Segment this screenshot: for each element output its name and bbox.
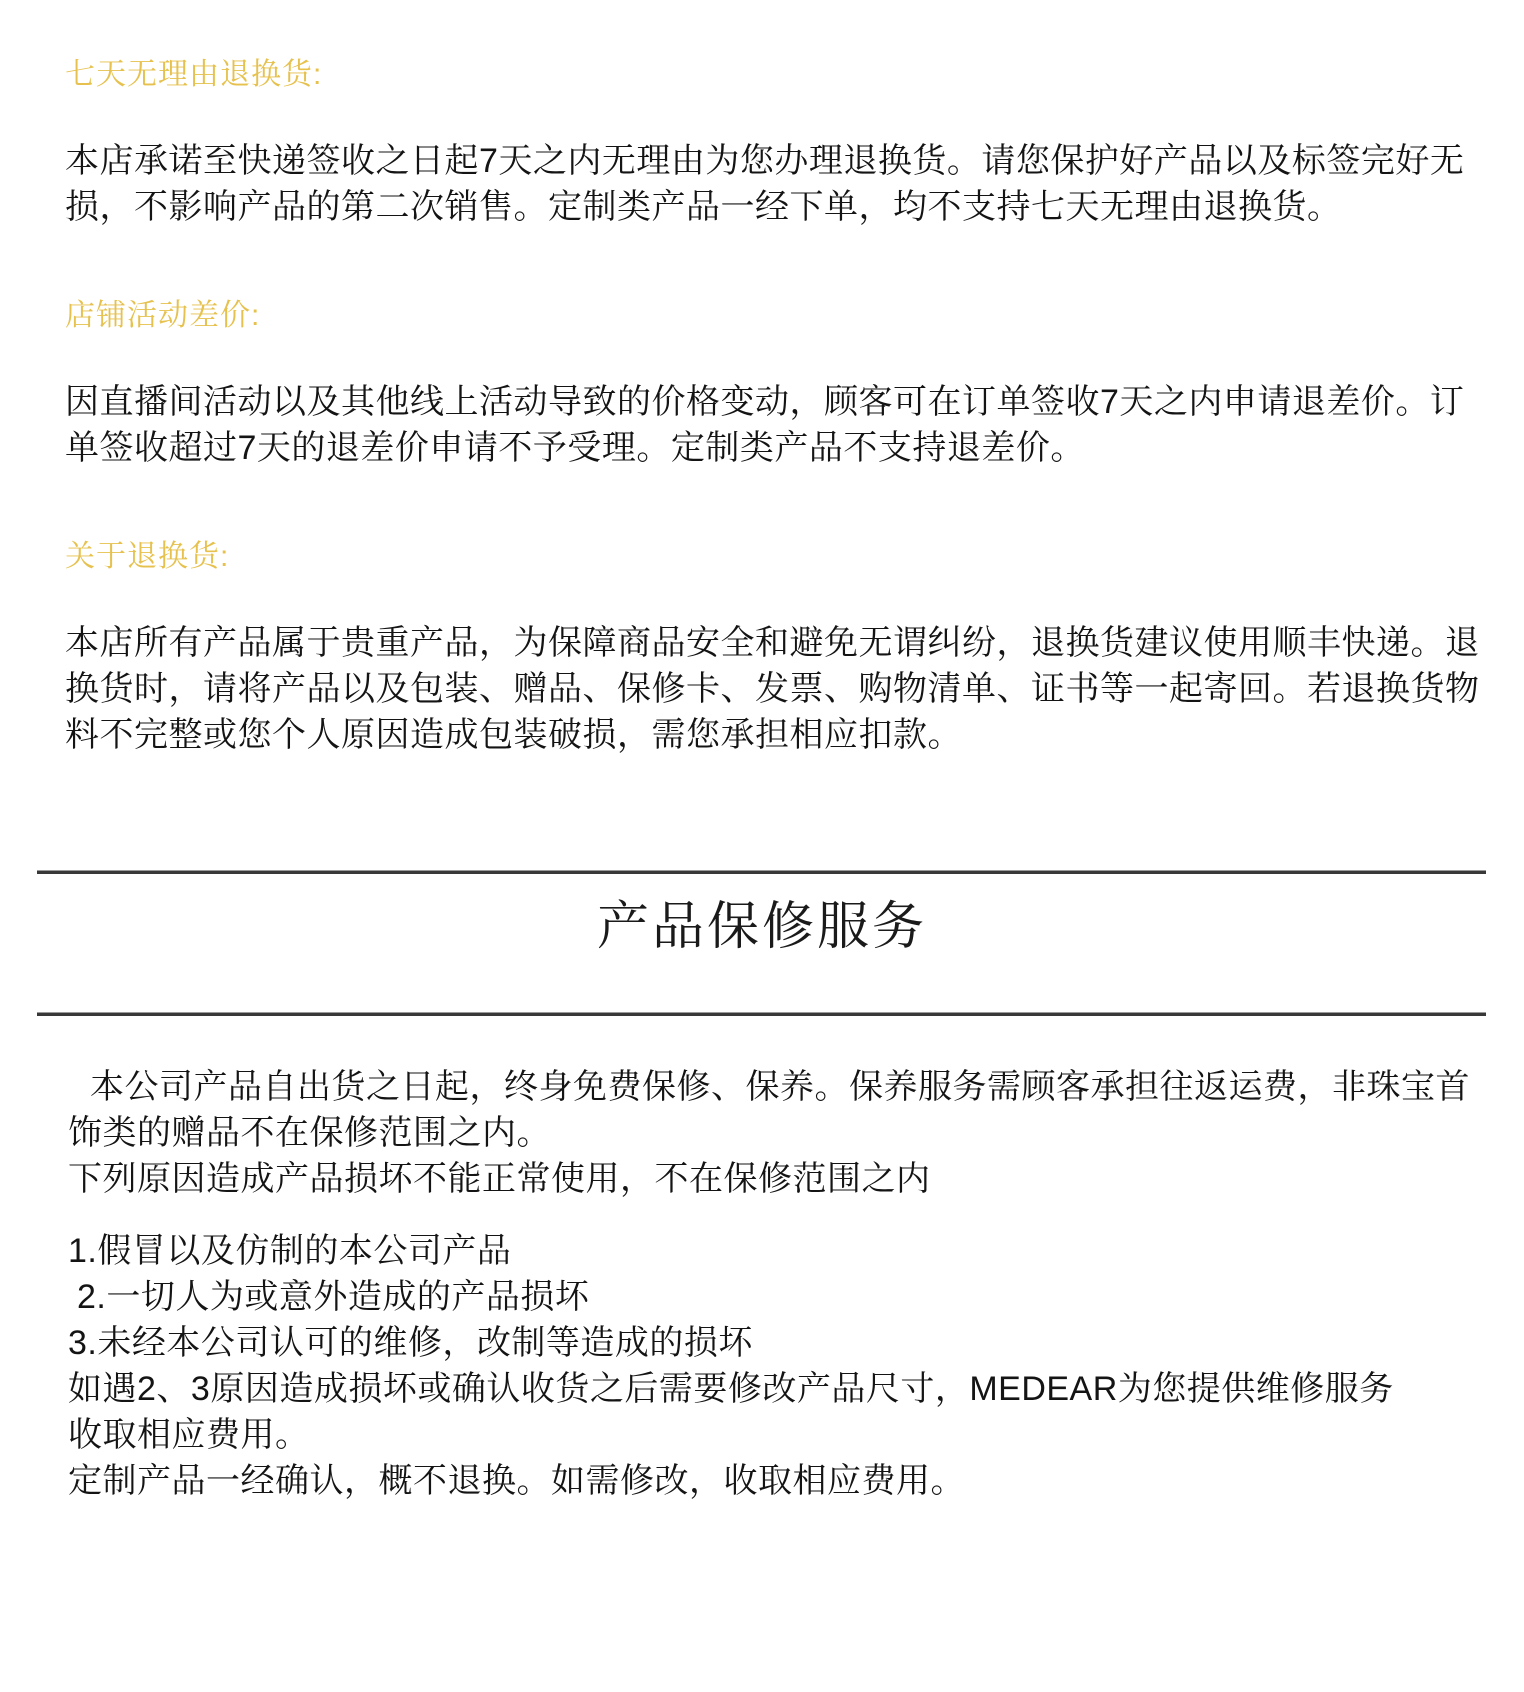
warranty-list-item-3: 3.未经本公司认可的维修，改制等造成的损坏 [68, 1320, 1494, 1366]
divider-line-top [37, 870, 1486, 874]
section-heading-price-difference: 店铺活动差价: [65, 296, 1494, 336]
warranty-scope-text: 下列原因造成产品损坏不能正常使用，不在保修范围之内 [68, 1156, 1494, 1202]
warranty-title: 产品保修服务 [0, 888, 1524, 966]
section-heading-about-returns: 关于退换货: [65, 537, 1494, 577]
warranty-note-custom-products: 定制产品一经确认，概不退换。如需修改，收取相应费用。 [68, 1458, 1494, 1504]
section-body-7day-return: 本店承诺至快递签收之日起7天之内无理由为您办理退换货。请您保护好产品以及标签完好… [65, 138, 1494, 230]
section-about-returns: 关于退换货: 本店所有产品属于贵重产品，为保障商品安全和避免无谓纠纷，退换货建议… [0, 537, 1524, 758]
section-body-about-returns: 本店所有产品属于贵重产品，为保障商品安全和避免无谓纠纷，退换货建议使用顺丰快递。… [65, 620, 1494, 758]
warranty-list-item-1: 1.假冒以及仿制的本公司产品 [68, 1228, 1494, 1274]
section-7day-return: 七天无理由退换货: 本店承诺至快递签收之日起7天之内无理由为您办理退换货。请您保… [0, 55, 1524, 230]
warranty-list-item-2: 2.一切人为或意外造成的产品损坏 [68, 1274, 1494, 1320]
warranty-note-fees: 收取相应费用。 [68, 1412, 1494, 1458]
section-heading-7day-return: 七天无理由退换货: [65, 55, 1494, 95]
blank-line-spacer [68, 1202, 1494, 1228]
divider-line-bottom [37, 1012, 1486, 1016]
warranty-intro-text: 本公司产品自出货之日起，终身免费保修、保养。保养服务需顾客承担往返运费，非珠宝首… [68, 1064, 1494, 1156]
service-policy-document: 七天无理由退换货: 本店承诺至快递签收之日起7天之内无理由为您办理退换货。请您保… [0, 0, 1524, 1504]
section-price-difference: 店铺活动差价: 因直播间活动以及其他线上活动导致的价格变动，顾客可在订单签收7天… [0, 296, 1524, 471]
section-body-price-difference: 因直播间活动以及其他线上活动导致的价格变动，顾客可在订单签收7天之内申请退差价。… [65, 379, 1494, 471]
warranty-section: 本公司产品自出货之日起，终身免费保修、保养。保养服务需顾客承担往返运费，非珠宝首… [68, 1064, 1494, 1504]
warranty-note-repair-service: 如遇2、3原因造成损坏或确认收货之后需要修改产品尺寸，MEDEAR为您提供维修服… [68, 1366, 1494, 1412]
